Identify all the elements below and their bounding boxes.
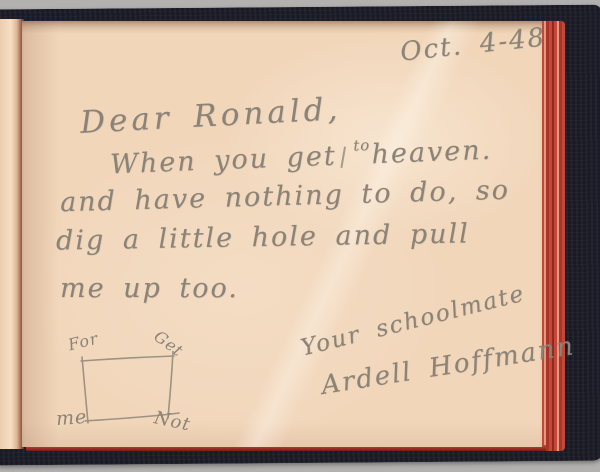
message-line-1-post: heaven.	[371, 135, 493, 171]
date-text: Oct. 4-48	[399, 22, 548, 67]
page-stack-left-edge	[0, 19, 24, 449]
puzzle-word-me: me	[55, 406, 88, 430]
insertion-caret-mark	[340, 146, 346, 168]
inserted-word: to	[353, 136, 371, 155]
red-page-edges-right	[539, 21, 565, 451]
scanner-background: Oct. 4-48 Dear Ronald, When you gettohea…	[0, 0, 600, 472]
message-line-2: and have nothing to do, so	[60, 175, 511, 219]
message-line-1-pre: When you get	[110, 141, 338, 181]
album-page: Oct. 4-48 Dear Ronald, When you gettohea…	[22, 21, 542, 447]
message-line-1: When you gettoheaven.	[110, 135, 493, 181]
puzzle-word-not: Not	[152, 407, 192, 435]
salutation-text: Dear Ronald,	[79, 91, 342, 141]
message-line-4: me up too.	[60, 273, 239, 304]
message-line-3: dig a little hole and pull	[56, 218, 470, 256]
